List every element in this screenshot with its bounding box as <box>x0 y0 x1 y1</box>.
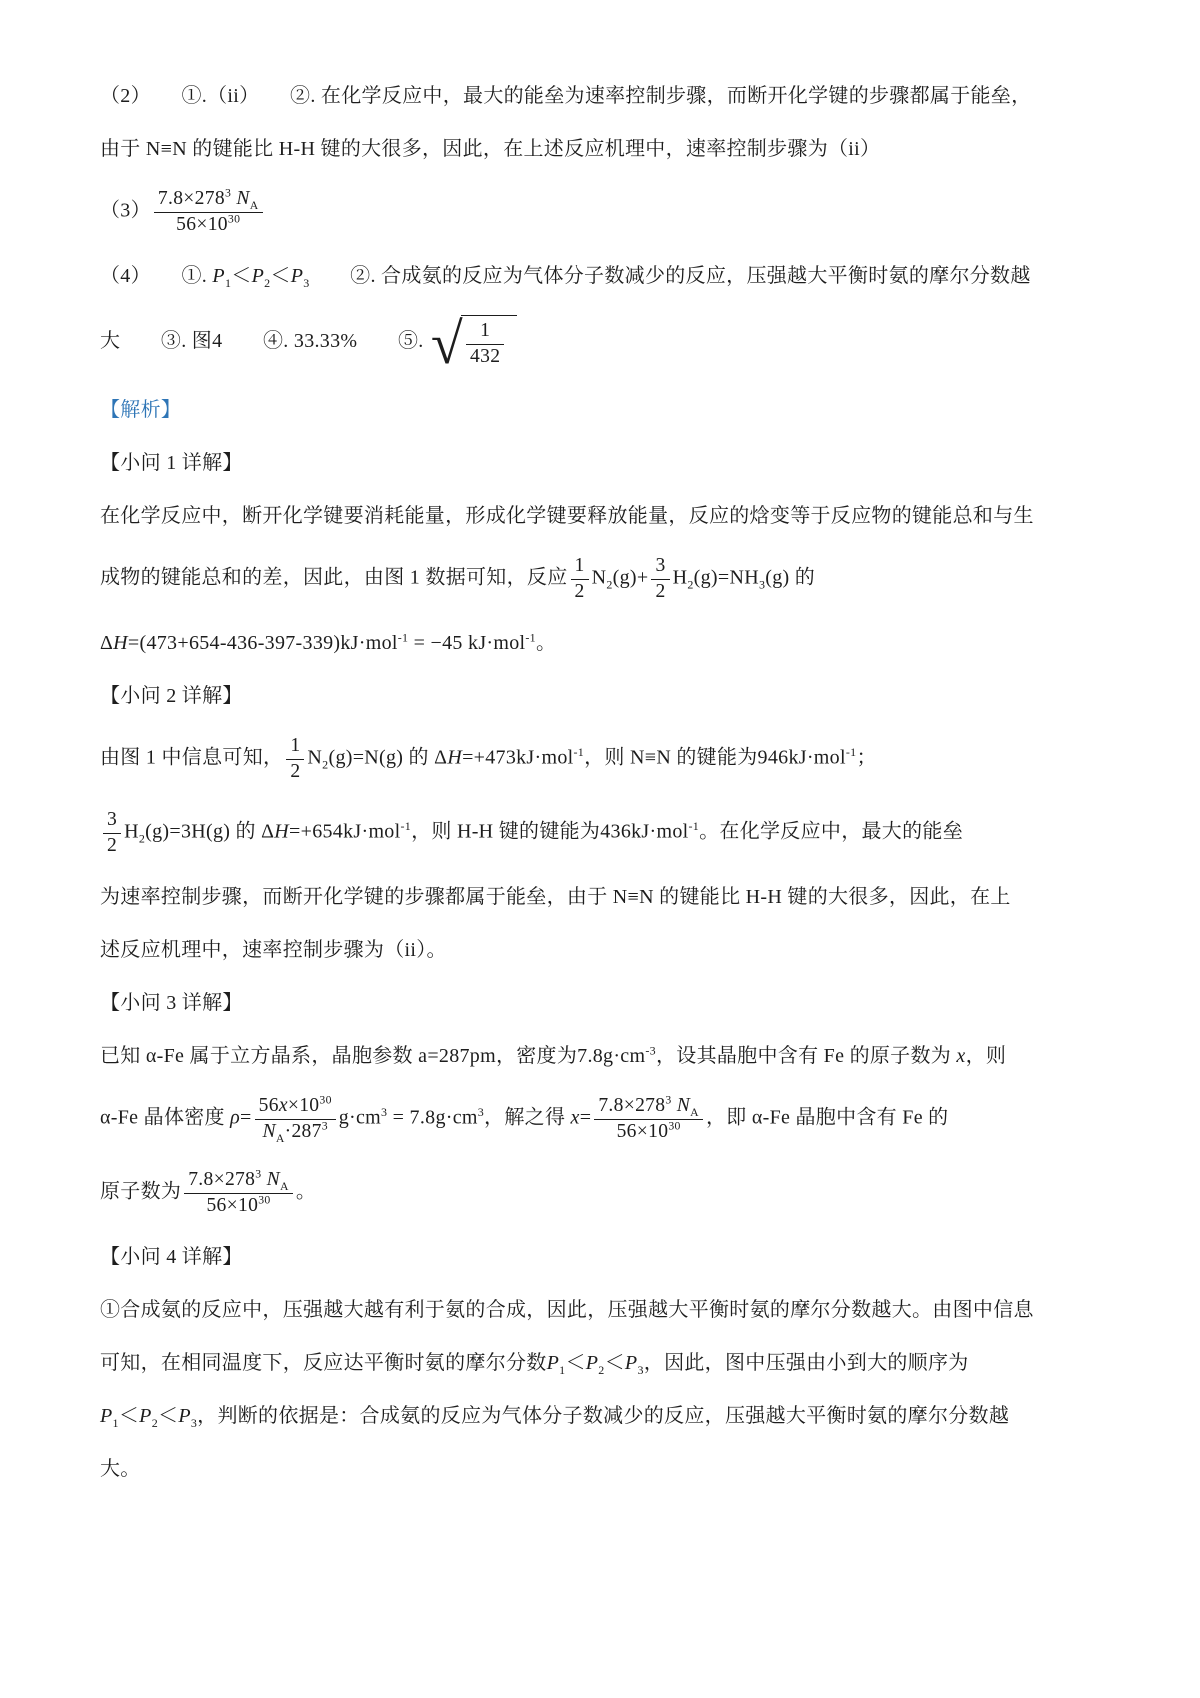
subquestion-3-line-1: 已知 α-Fe 属于立方晶系，晶胞参数 a=287pm，密度为7.8g·cm-3… <box>100 1042 1105 1071</box>
subquestion-4-line-1: ①合成氨的反应中，压强越大越有利于氨的合成，因此，压强越大平衡时氨的摩尔分数越大… <box>100 1296 1105 1325</box>
subquestion-1-line-1: 在化学反应中，断开化学键要消耗能量，形成化学键要释放能量，反应的焓变等于反应物的… <box>100 502 1105 531</box>
subquestion-4-line-2: 可知，在相同温度下，反应达平衡时氨的摩尔分数P1＜P2＜P3，因此，图中压强由小… <box>100 1349 1105 1378</box>
subquestion-1-line-2: 成物的键能总和的差，因此，由图 1 数据可知，反应12N2(g)+32H2(g)… <box>100 555 1105 603</box>
subquestion-2-heading: 【小问 2 详解】 <box>100 682 1105 711</box>
subquestion-2-line-1: 由图 1 中信息可知，12N2(g)=N(g) 的 ΔH=+473kJ·mol-… <box>100 735 1105 783</box>
subquestion-4-line-3: P1＜P2＜P3，判断的依据是：合成氨的反应为气体分子数减少的反应，压强越大平衡… <box>100 1402 1105 1431</box>
subquestion-2-line-3: 为速率控制步骤，而断开化学键的步骤都属于能垒，由于 N≡N 的键能比 H-H 键… <box>100 883 1105 912</box>
subquestion-3-heading: 【小问 3 详解】 <box>100 989 1105 1018</box>
document-page: （2） ①.（ii） ②. 在化学反应中，最大的能垒为速率控制步骤，而断开化学键… <box>0 0 1200 1698</box>
answer-2-line-1: （2） ①.（ii） ②. 在化学反应中，最大的能垒为速率控制步骤，而断开化学键… <box>100 82 1105 111</box>
subquestion-3-line-3: 原子数为7.8×2783 NA56×1030。 <box>100 1169 1105 1217</box>
answer-4-line-2: 大 ③. 图4 ④. 33.33% ⑤. √1432 <box>100 315 1105 370</box>
answer-4-line-1: （4） ①. P1＜P2＜P3 ②. 合成氨的反应为气体分子数减少的反应，压强越… <box>100 262 1105 291</box>
analysis-heading: 【解析】 <box>100 396 1105 425</box>
subquestion-4-heading: 【小问 4 详解】 <box>100 1243 1105 1272</box>
subquestion-1-line-3: ΔH=(473+654-436-397-339)kJ·mol-1 = −45 k… <box>100 629 1105 658</box>
subquestion-2-line-2: 32H2(g)=3H(g) 的 ΔH=+654kJ·mol-1，则 H-H 键的… <box>100 809 1105 857</box>
subquestion-1-heading: 【小问 1 详解】 <box>100 449 1105 478</box>
subquestion-4-line-4: 大。 <box>100 1455 1105 1484</box>
subquestion-3-line-2: α-Fe 晶体密度 ρ=56x×1030NA·2873g·cm3 = 7.8g·… <box>100 1095 1105 1143</box>
answer-3-formula: （3）7.8×2783 NA56×1030 <box>100 188 1105 236</box>
answer-2-line-2: 由于 N≡N 的键能比 H-H 键的大很多，因此，在上述反应机理中，速率控制步骤… <box>100 135 1105 164</box>
subquestion-2-line-4: 述反应机理中，速率控制步骤为（ii）。 <box>100 936 1105 965</box>
